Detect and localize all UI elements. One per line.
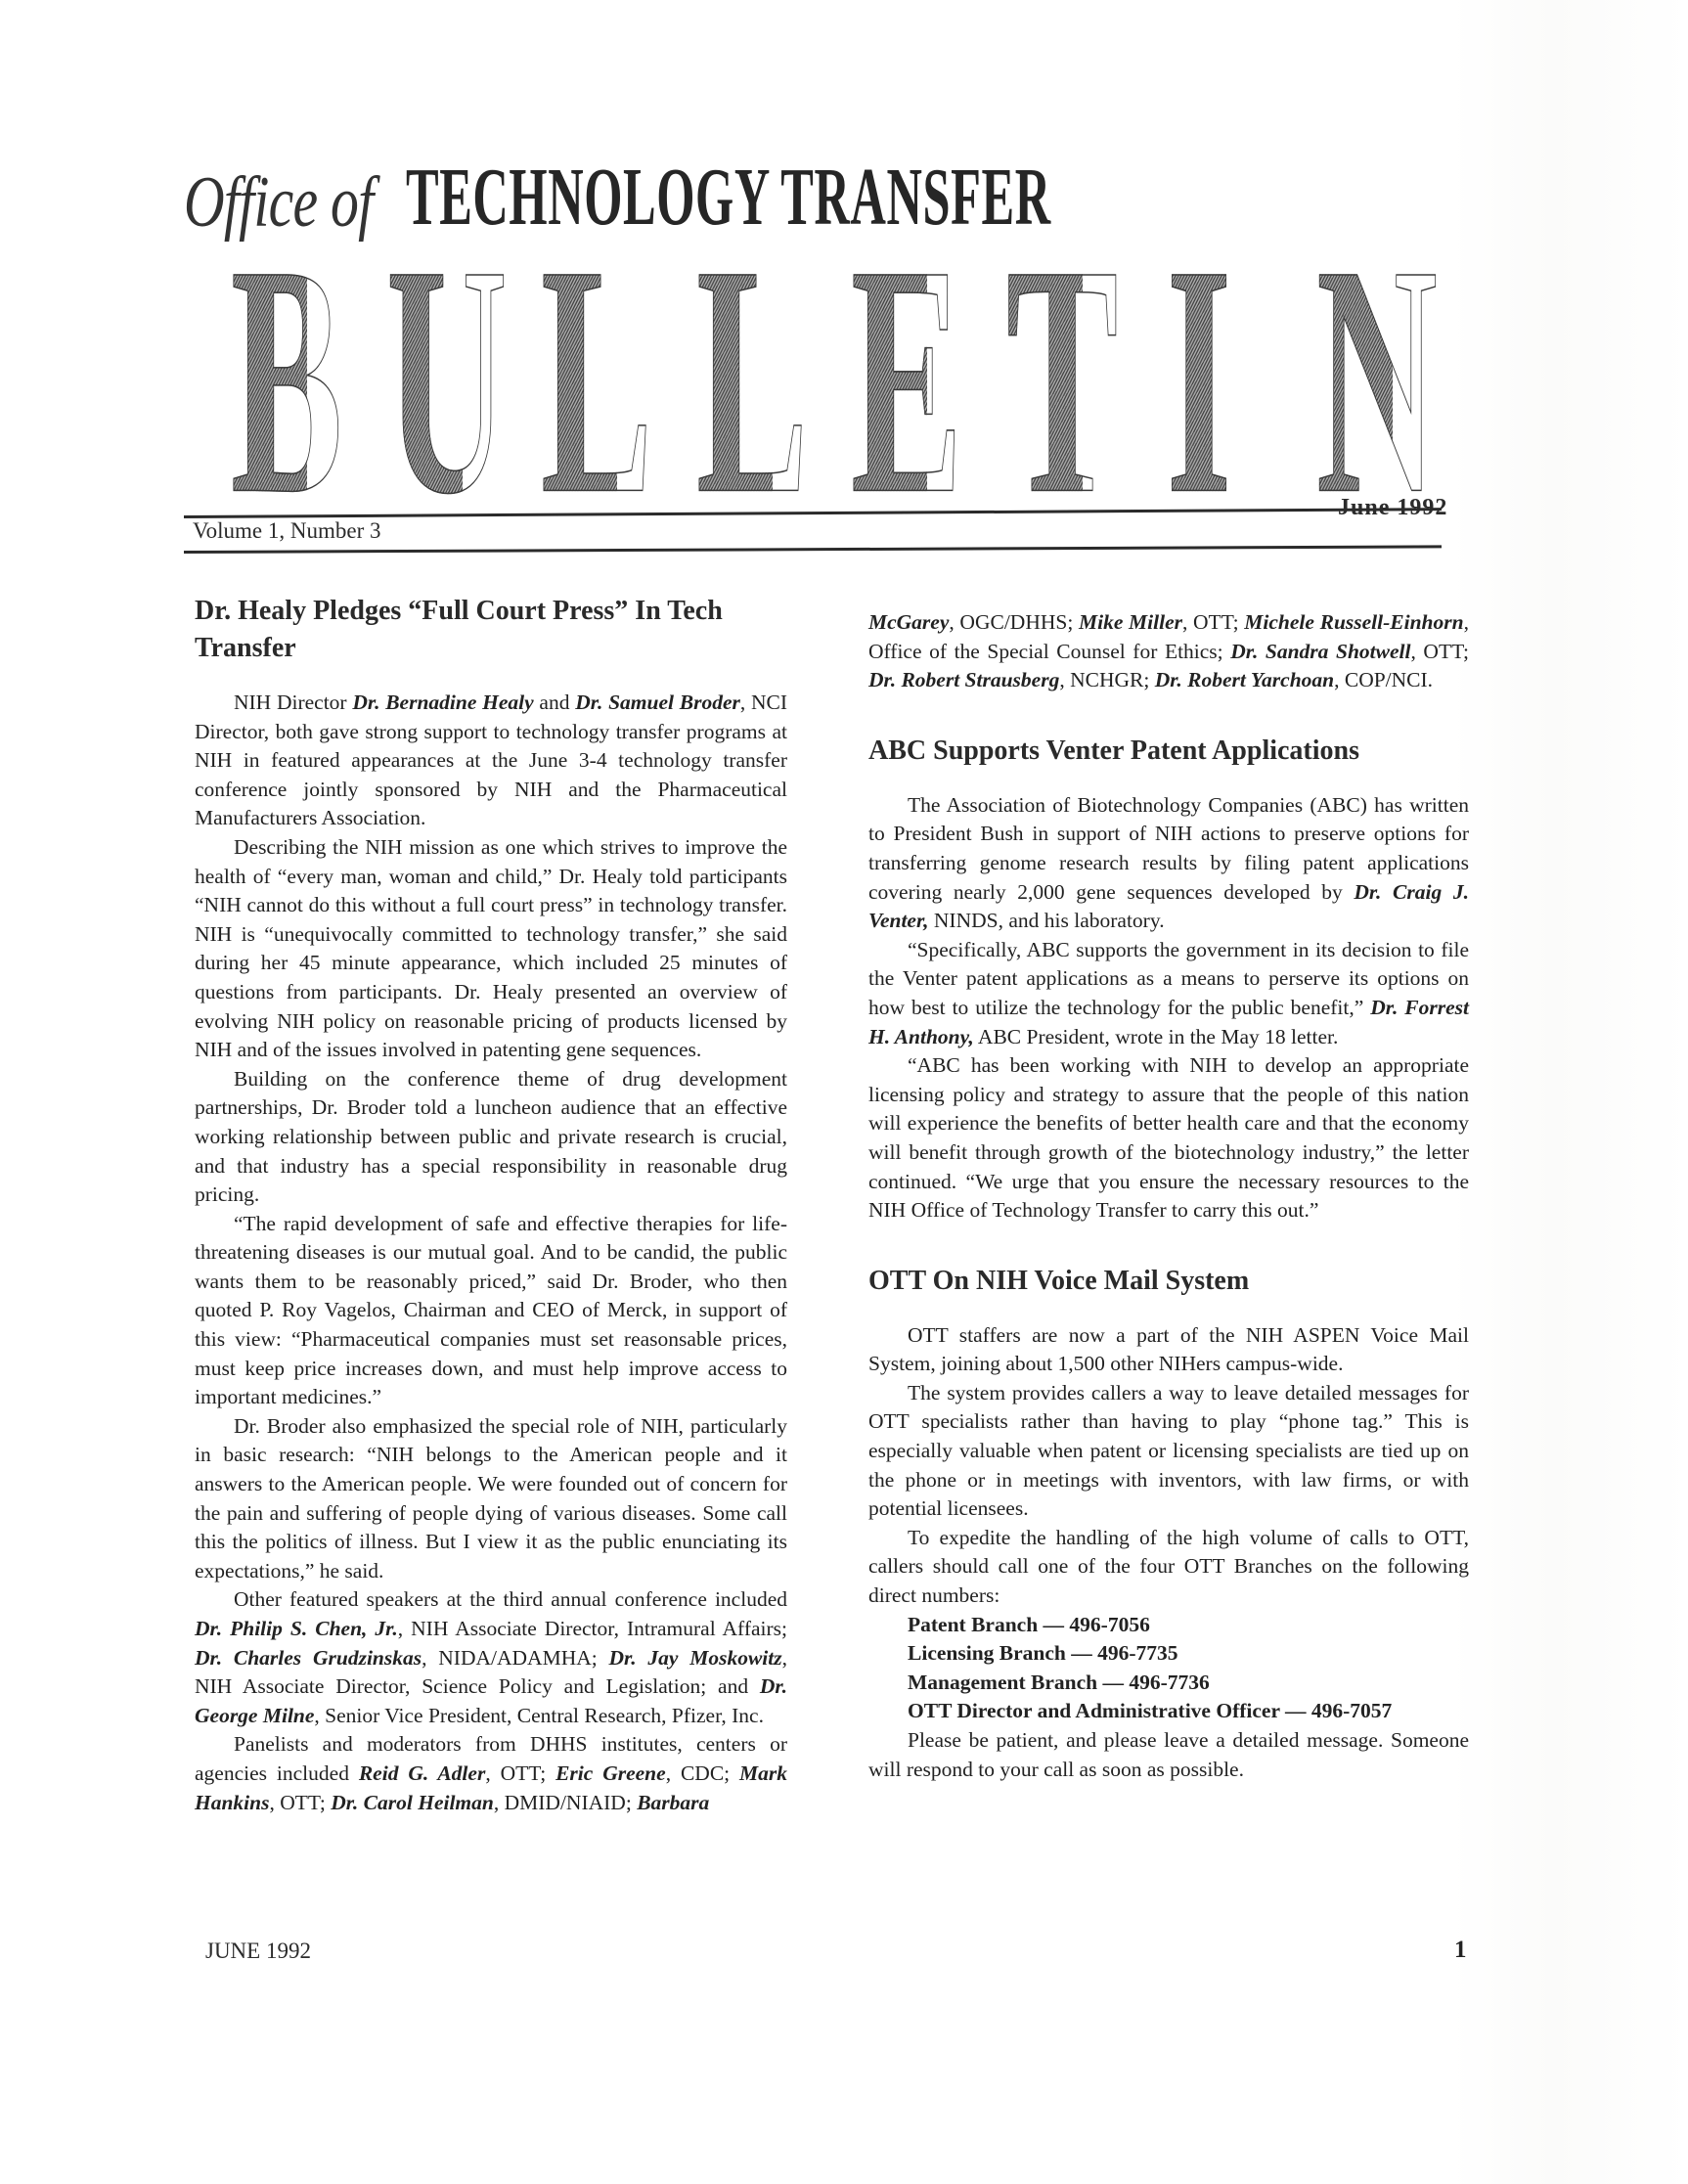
body-text: The system provides callers a way to lea…	[868, 1381, 1469, 1520]
paragraph: Other featured speakers at the third ann…	[195, 1585, 787, 1730]
person-name: Mike Miller	[1079, 610, 1182, 634]
body-text: NINDS, and his laboratory.	[929, 909, 1165, 932]
body-text: ABC President, wrote in the May 18 lette…	[974, 1025, 1339, 1048]
paragraph: “ABC has been working with NIH to develo…	[868, 1051, 1469, 1226]
paragraph: The system provides callers a way to lea…	[868, 1379, 1469, 1524]
paragraph: OTT staffers are now a part of the NIH A…	[868, 1321, 1469, 1379]
person-name: Dr. Robert Strausberg	[868, 668, 1059, 691]
article-closing-voicemail: Please be patient, and please leave a de…	[868, 1726, 1469, 1784]
paragraph: “The rapid development of safe and effec…	[195, 1210, 787, 1412]
body-text: , Senior Vice President, Central Researc…	[314, 1704, 764, 1727]
body-text: , CDC;	[666, 1761, 739, 1785]
paragraph: Describing the NIH mission as one which …	[195, 833, 787, 1065]
paragraph: Building on the conference theme of drug…	[195, 1065, 787, 1210]
body-text: “The rapid development of safe and effec…	[195, 1212, 787, 1409]
person-name: Eric Greene	[555, 1761, 666, 1785]
issue-date: June 1992	[1338, 495, 1447, 521]
body-text: Describing the NIH mission as one which …	[195, 835, 787, 1061]
body-text: , COP/NCI.	[1334, 668, 1433, 691]
person-name: Dr. Sandra Shotwell	[1230, 640, 1410, 663]
right-column: McGarey, OGC/DHHS; Mike Miller, OTT; Mic…	[868, 608, 1469, 1784]
body-text: , OTT;	[485, 1761, 555, 1785]
person-name: Dr. Philip S. Chen, Jr.	[195, 1617, 398, 1640]
body-text: Building on the conference theme of drug…	[195, 1067, 787, 1206]
paragraph: “Specifically, ABC supports the governme…	[868, 936, 1469, 1051]
paragraph: Panelists and moderators from DHHS insti…	[195, 1730, 787, 1817]
body-text: Dr. Broder also emphasized the special r…	[195, 1414, 787, 1582]
left-column: Dr. Healy Pledges “Full Court Press” In …	[195, 593, 787, 1817]
article-body-healy: NIH Director Dr. Bernadine Healy and Dr.…	[195, 689, 787, 1817]
body-text: , NIDA/ADAMHA;	[422, 1646, 608, 1670]
phone-entry-management: Management Branch — 496-7736	[868, 1669, 1469, 1698]
paragraph: To expedite the handling of the high vol…	[868, 1524, 1469, 1611]
person-name: Michele Russell-Einhorn	[1244, 610, 1463, 634]
body-text: OTT staffers are now a part of the NIH A…	[868, 1323, 1469, 1376]
body-text: “ABC has been working with NIH to develo…	[868, 1053, 1469, 1222]
bulletin-letter: T	[1006, 241, 1083, 520]
phone-directory: Patent Branch — 496-7056 Licensing Branc…	[868, 1611, 1469, 1726]
article-title-healy: Dr. Healy Pledges “Full Court Press” In …	[195, 593, 787, 667]
paragraph: The Association of Biotechnology Compani…	[868, 791, 1469, 936]
volume-number: Volume 1, Number 3	[193, 518, 381, 544]
bulletin-letter: L	[541, 241, 617, 520]
bulletin-letter: B	[231, 241, 307, 520]
person-name: Reid G. Adler	[359, 1761, 485, 1785]
masthead-bulletin: B U L L E T I N	[196, 227, 1428, 520]
article-title-abc: ABC Supports Venter Patent Applications	[868, 733, 1469, 770]
footer-date: JUNE 1992	[205, 1939, 311, 1964]
person-name: Dr. Carol Heilman	[331, 1791, 494, 1814]
phone-entry-director: OTT Director and Administrative Officer …	[868, 1697, 1469, 1726]
body-text: , OTT;	[1410, 640, 1469, 663]
body-text: , NIH Associate Director, Intramural Aff…	[398, 1617, 787, 1640]
article-continuation-healy: McGarey, OGC/DHHS; Mike Miller, OTT; Mic…	[868, 608, 1469, 695]
body-text: , DMID/NIAID;	[494, 1791, 637, 1814]
article-title-voicemail: OTT On NIH Voice Mail System	[868, 1263, 1469, 1300]
body-text: and	[534, 691, 576, 714]
bulletin-letter: E	[851, 241, 927, 520]
body-text: , OTT;	[1182, 610, 1244, 634]
bulletin-letter: N	[1316, 241, 1393, 520]
person-name: McGarey	[868, 610, 949, 634]
phone-entry-licensing: Licensing Branch — 496-7735	[868, 1639, 1469, 1669]
paragraph: Dr. Broder also emphasized the special r…	[195, 1412, 787, 1586]
body-text: , NCHGR;	[1059, 668, 1154, 691]
person-name: Dr. Robert Yarchoan	[1155, 668, 1334, 691]
page-number: 1	[1454, 1937, 1467, 1964]
body-text: , OTT;	[269, 1791, 331, 1814]
article-abc: ABC Supports Venter Patent Applications …	[868, 733, 1469, 1226]
bulletin-letter: U	[386, 241, 463, 520]
person-name: Barbara	[637, 1791, 709, 1814]
masthead-rule-bottom	[184, 545, 1442, 554]
body-text: To expedite the handling of the high vol…	[868, 1526, 1469, 1607]
bulletin-letter: L	[696, 241, 773, 520]
phone-entry-patent: Patent Branch — 496-7056	[868, 1611, 1469, 1640]
article-voicemail: OTT On NIH Voice Mail System OTT staffer…	[868, 1263, 1469, 1785]
person-name: Dr. Charles Grudzinskas	[195, 1646, 422, 1670]
person-name: Dr. Bernadine Healy	[352, 691, 533, 714]
body-text: NIH Director	[234, 691, 352, 714]
person-name: Dr. Jay Moskowitz	[609, 1646, 782, 1670]
paragraph: NIH Director Dr. Bernadine Healy and Dr.…	[195, 689, 787, 833]
body-text: , OGC/DHHS;	[949, 610, 1079, 634]
body-text: Other featured speakers at the third ann…	[234, 1587, 787, 1611]
bulletin-letter: I	[1161, 241, 1237, 520]
newsletter-page: Office of TECHNOLOGY TRANSFER B U L L E …	[0, 0, 1688, 2184]
article-body-abc: The Association of Biotechnology Compani…	[868, 791, 1469, 1226]
person-name: Dr. Samuel Broder	[575, 691, 740, 714]
article-body-voicemail: OTT staffers are now a part of the NIH A…	[868, 1321, 1469, 1611]
